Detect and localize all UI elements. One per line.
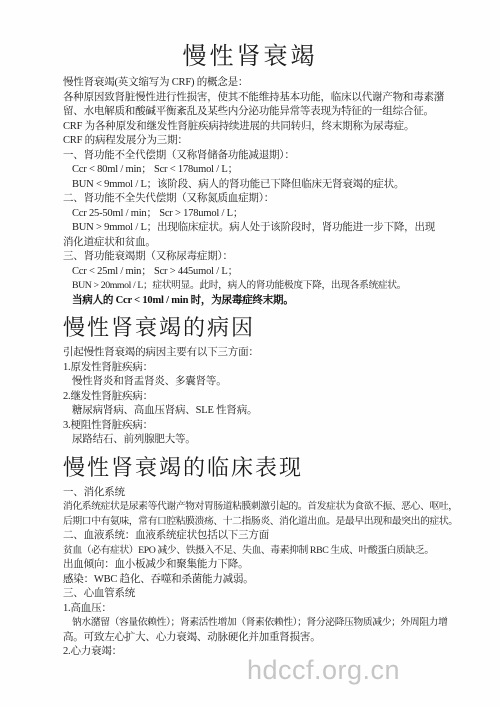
clinical-system-title: 二、血液系统：血液系统症状包括以下三方面 xyxy=(63,529,472,544)
section-heading-causes: 慢性肾衰竭的病因 xyxy=(63,314,472,342)
text-line: 贫血（必有症状）EPO 减少、铁摄入不足、失血、毒素抑制 RBC 生成、叶酸蛋白… xyxy=(63,544,472,559)
cause-item-title: 1.原发性肾脏疾病： xyxy=(63,361,472,376)
text-line: CRF 为各种原发和继发性肾脏疾病持续进展的共同转归，终末期称为尿毒症。 xyxy=(63,120,472,135)
text-line: 感染：WBC 趋化、吞噬和杀菌能力减弱。 xyxy=(63,573,472,588)
stage-1-lab-values-line: Ccr < 80ml / min； Scr < 178umol / L； xyxy=(63,163,472,178)
cause-item-title: 3.梗阻性肾脏疾病： xyxy=(63,419,472,434)
text-line: 留、水电解质和酸碱平衡紊乱及某些内分泌功能异常等表现为特征的一组综合征。 xyxy=(63,105,472,120)
stage-2-lab-values-line: BUN > 9mmol / L；出现临床症状。病人处于该阶段时，肾功能进一步下降… xyxy=(63,221,472,236)
cause-item-detail: 糖尿病肾病、高血压肾病、SLE 性肾病。 xyxy=(63,404,472,419)
doc-body: 慢性肾衰竭(英文缩写为 CRF) 的概念是： 各种原因致肾脏慢性进行性损害，使其… xyxy=(0,76,500,660)
text-line: 引起慢性肾衰竭的病因主要有以下三方面： xyxy=(63,346,472,361)
text-line: 慢性肾衰竭(英文缩写为 CRF) 的概念是： xyxy=(63,76,472,91)
text-line: 后期口中有氨味，常有口腔粘膜溃疡、十二指肠炎、消化道出血。是最早出现和最突出的症… xyxy=(63,515,472,530)
clinical-system-title: 一、消化系统 xyxy=(63,486,472,501)
text-line: 消化系统症状是尿素等代谢产物对胃肠道粘膜刺激引起的。首发症状为食欲不振、恶心、呕… xyxy=(63,500,472,515)
clinical-system-title: 三、心血管系统 xyxy=(63,587,472,602)
text-line: CRF 的病程发展分为三期： xyxy=(63,134,472,149)
document-page: 慢性肾衰竭 慢性肾衰竭(英文缩写为 CRF) 的概念是： 各种原因致肾脏慢性进行… xyxy=(0,0,500,707)
stage-3-heading-line: 三、肾功能衰竭期（又称尿毒症期）： xyxy=(63,250,472,265)
cause-item-detail: 慢性肾炎和肾盂肾炎、多囊肾等。 xyxy=(63,375,472,390)
stage-3-lab-values-line: Ccr < 25ml / min； Scr > 445umol / L； xyxy=(63,265,472,280)
text-line: 出血倾向：血小板减少和聚集能力下降。 xyxy=(63,558,472,573)
stage-1-heading-line: 一、肾功能不全代偿期（又称肾储备功能减退期）： xyxy=(63,149,472,164)
stage-2-lab-values-line: Ccr 25-50ml / min； Scr > 178umol / L； xyxy=(63,207,472,222)
stage-1-lab-values-line: BUN < 9mmol / L；该阶段、病人的肾功能已下降但临床无肾衰竭的症状。 xyxy=(63,178,472,193)
stage-2-heading-line: 二、肾功能不全失代偿期（又称氮质血症期）： xyxy=(63,192,472,207)
text-line: 各种原因致肾脏慢性进行性损害，使其不能维持基本功能，临床以代谢产物和毒素潴 xyxy=(63,91,472,106)
uremia-terminal-bold-line: 当病人的 Ccr < 10ml / min 时，为尿毒症终末期。 xyxy=(63,294,472,309)
cause-item-title: 2.继发性肾脏疾病： xyxy=(63,390,472,405)
text-line: 消化道症状和贫血。 xyxy=(63,236,472,251)
watermark: hdccf.org.cn xyxy=(247,655,400,686)
clinical-item-title: 1.高血压： xyxy=(63,602,472,617)
section-heading-clinical: 慢性肾衰竭的临床表现 xyxy=(63,454,472,482)
cause-item-detail: 尿路结石、前列腺肥大等。 xyxy=(63,433,472,448)
stage-3-lab-values-line: BUN > 20mmol / L；症状明显。此时，病人的肾功能极度下降，出现各系… xyxy=(63,279,472,294)
text-line: 高。可致左心扩大、心力衰竭、动脉硬化并加重肾损害。 xyxy=(63,631,472,646)
doc-title: 慢性肾衰竭 xyxy=(0,40,500,74)
text-line: 钠水潴留（容量依赖性）；肾素活性增加（肾素依赖性）；肾分泌降压物质减少；外周阻力… xyxy=(63,616,472,631)
